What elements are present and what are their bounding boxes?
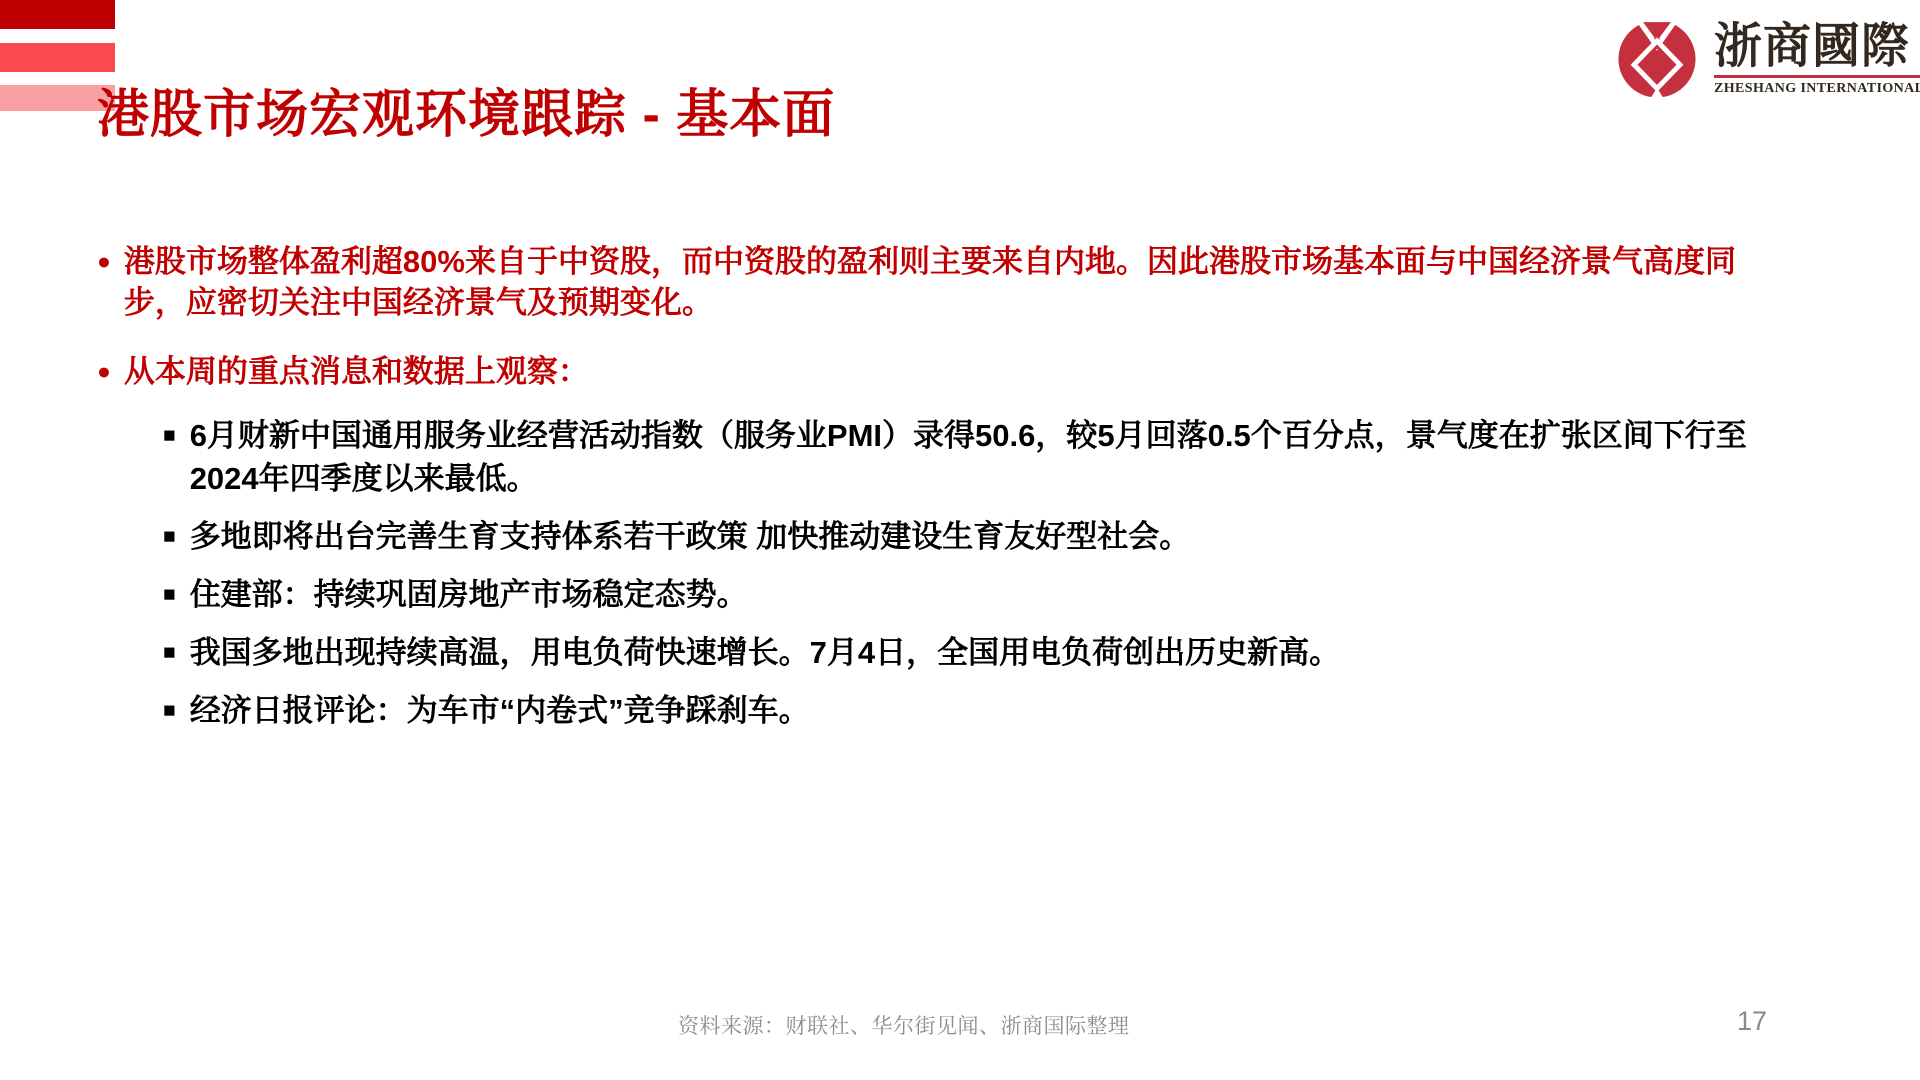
company-logo: 浙商國際 ZHESHANG INTERNATIONAL <box>1616 18 1920 100</box>
source-note: 资料来源：财联社、华尔街见闻、浙商国际整理 <box>678 1010 1130 1040</box>
square-bullet-icon: ■ <box>163 631 176 674</box>
logo-name-en: ZHESHANG INTERNATIONAL <box>1714 81 1920 97</box>
slide: 浙商國際 ZHESHANG INTERNATIONAL 港股市场宏观环境跟踪 -… <box>0 0 1920 1080</box>
bullet-text: 经济日报评论：为车市“内卷式”竞争踩刹车。 <box>190 689 1797 732</box>
zheshang-emblem-icon <box>1616 18 1698 100</box>
bullet-item-level2: ■ 多地即将出台完善生育支持体系若干政策 加快推动建设生育友好型社会。 <box>163 515 1797 558</box>
bullet-item-level2: ■ 6月财新中国通用服务业经营活动指数（服务业PMI）录得50.6，较5月回落0… <box>163 414 1797 500</box>
corner-bar-dark <box>0 0 115 29</box>
square-bullet-icon: ■ <box>163 689 176 732</box>
bullet-item-level1: ● 从本周的重点消息和数据上观察： <box>97 351 1797 392</box>
logo-text: 浙商國際 ZHESHANG INTERNATIONAL <box>1714 21 1920 98</box>
bullet-item-level2: ■ 住建部：持续巩固房地产市场稳定态势。 <box>163 573 1797 616</box>
square-bullet-icon: ■ <box>163 414 176 457</box>
bullet-text: 港股市场整体盈利超80%来自于中资股，而中资股的盈利则主要来自内地。因此港股市场… <box>124 241 1797 323</box>
logo-divider <box>1714 75 1920 78</box>
sub-bullet-list: ■ 6月财新中国通用服务业经营活动指数（服务业PMI）录得50.6，较5月回落0… <box>97 414 1797 732</box>
corner-bar-mid <box>0 43 115 72</box>
circle-bullet-icon: ● <box>97 241 111 282</box>
bullet-text: 住建部：持续巩固房地产市场稳定态势。 <box>190 573 1797 616</box>
square-bullet-icon: ■ <box>163 573 176 616</box>
bullet-item-level2: ■ 经济日报评论：为车市“内卷式”竞争踩刹车。 <box>163 689 1797 732</box>
circle-bullet-icon: ● <box>97 351 111 392</box>
bullet-text: 从本周的重点消息和数据上观察： <box>124 351 1797 392</box>
bullet-text: 多地即将出台完善生育支持体系若干政策 加快推动建设生育友好型社会。 <box>190 515 1797 558</box>
bullet-item-level1: ● 港股市场整体盈利超80%来自于中资股，而中资股的盈利则主要来自内地。因此港股… <box>97 241 1797 323</box>
bullet-text: 6月财新中国通用服务业经营活动指数（服务业PMI）录得50.6，较5月回落0.5… <box>190 414 1797 500</box>
bullet-text: 我国多地出现持续高温，用电负荷快速增长。7月4日，全国用电负荷创出历史新高。 <box>190 631 1797 674</box>
square-bullet-icon: ■ <box>163 515 176 558</box>
page-number: 17 <box>1737 1006 1767 1037</box>
bullet-item-level2: ■ 我国多地出现持续高温，用电负荷快速增长。7月4日，全国用电负荷创出历史新高。 <box>163 631 1797 674</box>
bullet-content: ● 港股市场整体盈利超80%来自于中资股，而中资股的盈利则主要来自内地。因此港股… <box>97 241 1797 747</box>
logo-name-cn: 浙商國際 <box>1714 21 1920 74</box>
page-title: 港股市场宏观环境跟踪 - 基本面 <box>97 84 835 146</box>
